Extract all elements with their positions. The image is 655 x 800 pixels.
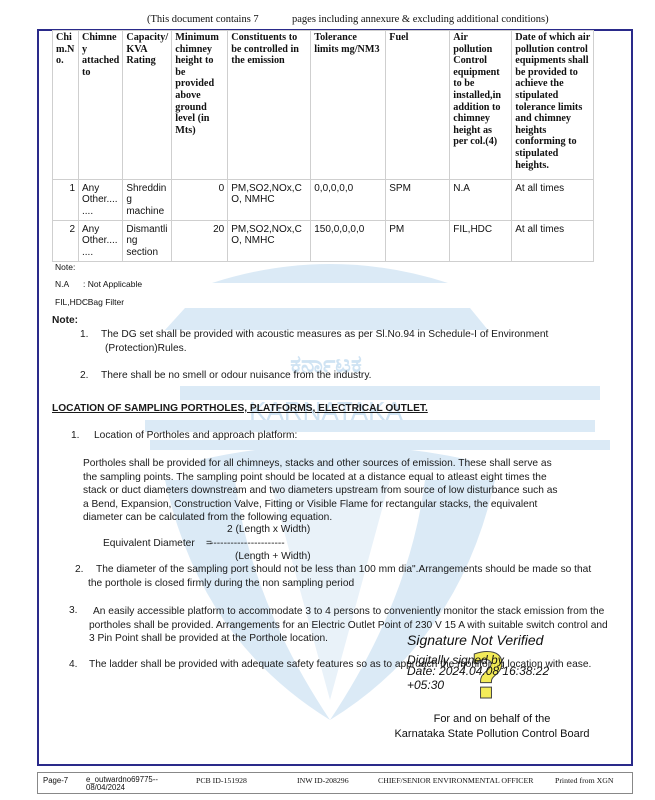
sampling-heading: LOCATION OF SAMPLING PORTHOLES, PLATFORM… xyxy=(52,403,428,414)
table-header-row: Chi m.N o. Chimne y attached to Capacity… xyxy=(53,31,594,180)
chimney-table: Chi m.N o. Chimne y attached to Capacity… xyxy=(52,30,594,262)
cell-fuel: PM xyxy=(386,221,450,262)
cell-capacity: Dismantli ng section xyxy=(123,221,172,262)
cell-tolerance: 0,0,0,0,0 xyxy=(311,180,386,221)
sampling-item-1-title: Location of Portholes and approach platf… xyxy=(94,430,297,441)
footer-page: Page-7 xyxy=(43,776,68,785)
cell-attached: Any Other.... .... xyxy=(79,180,123,221)
footer-outward: e_outwardno69775-- 08/04/2024 xyxy=(86,776,158,792)
cell-capacity: Shreddin g machine xyxy=(123,180,172,221)
col-chimney-no: Chi m.N o. xyxy=(53,31,79,180)
cell-apc: N.A xyxy=(450,180,512,221)
note-1-cont: (Protection)Rules. xyxy=(105,343,187,354)
equation-denominator: (Length + Width) xyxy=(235,551,311,562)
cell-constituents: PM,SO2,NOx,C O, NMHC xyxy=(228,221,311,262)
behalf-line-1: For and on behalf of the xyxy=(362,713,622,725)
equation-divider: ---------------------- xyxy=(210,538,285,549)
col-fuel: Fuel xyxy=(386,31,450,180)
cell-no: 1 xyxy=(53,180,79,221)
sampling-item-1-paragraph: Portholes shall be provided for all chim… xyxy=(83,457,558,525)
table-row: 2 Any Other.... .... Dismantli ng sectio… xyxy=(53,221,594,262)
sampling-item-3-num: 3. xyxy=(69,605,78,616)
note-2-num: 2. xyxy=(80,370,89,381)
col-apc-equipment: Air pollution Control equipment to be in… xyxy=(450,31,512,180)
sampling-item-1-num: 1. xyxy=(71,430,80,441)
note-2-text: There shall be no smell or odour nuisanc… xyxy=(101,370,371,381)
footer-inw-id: INW ID-208296 xyxy=(297,776,349,785)
footer-officer: CHIEF/SENIOR ENVIRONMENTAL OFFICER xyxy=(378,776,533,785)
cell-constituents: PM,SO2,NOx,C O, NMHC xyxy=(228,180,311,221)
cell-attached: Any Other.... .... xyxy=(79,221,123,262)
col-constituents: Constituents to be controlled in the emi… xyxy=(228,31,311,180)
cell-fuel: SPM xyxy=(386,180,450,221)
sampling-item-2-cont: the porthole is closed firmly during the… xyxy=(88,578,354,589)
page-count-text: (This document contains 7 xyxy=(147,14,259,25)
equation-label: Equivalent Diameter = xyxy=(103,538,212,549)
cell-date: At all times xyxy=(512,221,594,262)
col-tolerance: Tolerance limits mg/NM3 xyxy=(311,31,386,180)
note-1-num: 1. xyxy=(80,329,89,340)
equation-numerator: 2 (Length x Width) xyxy=(227,524,310,535)
cell-no: 2 xyxy=(53,221,79,262)
cell-tolerance: 150,0,0,0,0 xyxy=(311,221,386,262)
col-min-height: Minimum chimney height to be provided ab… xyxy=(172,31,228,180)
table-row: 1 Any Other.... .... Shreddin g machine … xyxy=(53,180,594,221)
col-date: Date of which air pollution control equi… xyxy=(512,31,594,180)
cell-height: 20 xyxy=(172,221,228,262)
cell-height: 0 xyxy=(172,180,228,221)
behalf-line-2: Karnataka State Pollution Control Board xyxy=(362,728,622,740)
note-1-text: The DG set shall be provided with acoust… xyxy=(101,329,548,340)
page-footer: Page-7 e_outwardno69775-- 08/04/2024 PCB… xyxy=(37,772,633,794)
signature-status: Signature Not Verified xyxy=(407,632,543,648)
abbreviation-title: Note: xyxy=(55,262,75,272)
page-count-suffix: pages including annexure & excluding add… xyxy=(292,14,549,25)
footer-pcb-id: PCB ID-151928 xyxy=(196,776,247,785)
signature-details: Digitally signed by Date: 2024.04.08 16:… xyxy=(407,655,549,691)
cell-date: At all times xyxy=(512,180,594,221)
abbreviation-na: N.A: Not Applicable xyxy=(55,279,142,289)
abbreviation-filhdc: FIL,HDC: Bag Filter xyxy=(55,297,124,307)
sampling-item-2-num: 2. xyxy=(75,564,84,575)
notes-title: Note: xyxy=(52,315,78,326)
col-chimney-attached: Chimne y attached to xyxy=(79,31,123,180)
cell-apc: FIL,HDC xyxy=(450,221,512,262)
sampling-item-4-num: 4. xyxy=(69,659,78,670)
col-capacity: Capacity/ KVA Rating xyxy=(123,31,172,180)
sampling-item-2-text: The diameter of the sampling port should… xyxy=(96,564,591,575)
footer-printed: Printed from XGN xyxy=(555,776,613,785)
